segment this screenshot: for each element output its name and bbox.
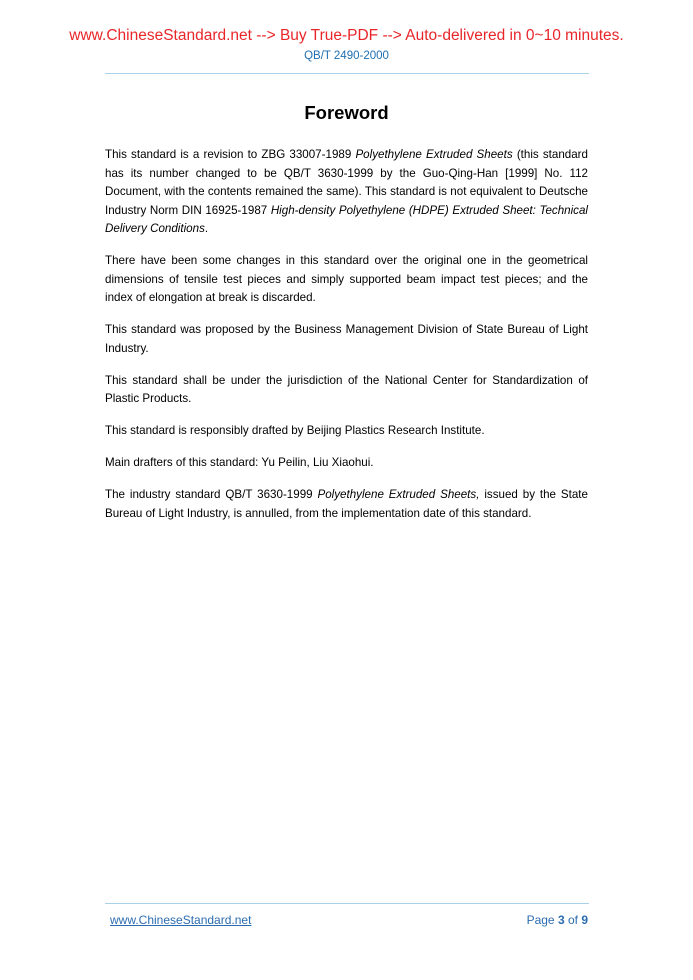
italic-title-text: Polyethylene Extruded Sheets, (318, 488, 480, 501)
page-total: 9 (581, 913, 588, 927)
foreword-body: This standard is a revision to ZBG 33007… (105, 146, 588, 537)
paragraph: This standard was proposed by the Busine… (105, 321, 588, 358)
promo-banner: www.ChineseStandard.net --> Buy True-PDF… (0, 27, 693, 45)
page-prefix: Page (527, 913, 558, 927)
paragraph-text: This standard was proposed by the Busine… (105, 323, 588, 355)
paragraph-text: . (205, 222, 208, 235)
italic-title-text: Polyethylene Extruded Sheets (355, 148, 512, 161)
header-divider (105, 73, 589, 74)
paragraph: There have been some changes in this sta… (105, 252, 588, 308)
paragraph-text: The industry standard QB/T 3630-1999 (105, 488, 318, 501)
paragraph: The industry standard QB/T 3630-1999 Pol… (105, 486, 588, 523)
page-sep: of (565, 913, 582, 927)
page-current: 3 (558, 913, 565, 927)
paragraph-text: This standard shall be under the jurisdi… (105, 374, 588, 406)
standard-code: QB/T 2490-2000 (0, 50, 693, 62)
page-title: Foreword (0, 102, 693, 124)
paragraph: Main drafters of this standard: Yu Peili… (105, 454, 588, 473)
footer-website-link[interactable]: www.ChineseStandard.net (110, 913, 251, 927)
paragraph: This standard is a revision to ZBG 33007… (105, 146, 588, 239)
page-indicator: Page 3 of 9 (527, 913, 588, 927)
paragraph-text: This standard is a revision to ZBG 33007… (105, 148, 355, 161)
paragraph-text: Main drafters of this standard: Yu Peili… (105, 456, 374, 469)
footer-divider (105, 903, 589, 904)
paragraph-text: This standard is responsibly drafted by … (105, 424, 485, 437)
paragraph-text: There have been some changes in this sta… (105, 254, 588, 304)
paragraph: This standard shall be under the jurisdi… (105, 372, 588, 409)
paragraph: This standard is responsibly drafted by … (105, 422, 588, 441)
